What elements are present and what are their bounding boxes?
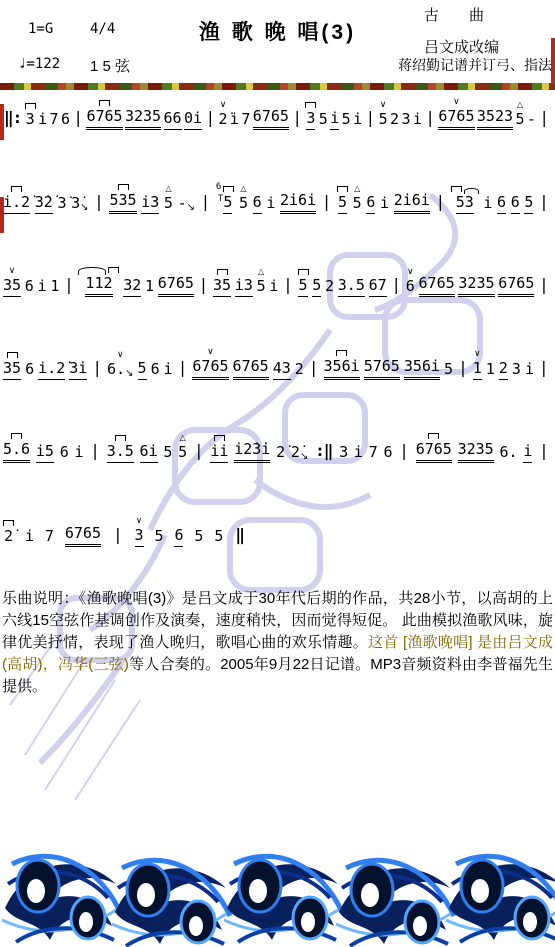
note-digits: 35 bbox=[213, 277, 231, 297]
note-token: 6 bbox=[497, 179, 506, 214]
note-digits: 5 bbox=[223, 194, 232, 214]
ornament-marks: ∨ bbox=[9, 262, 16, 277]
note-digits: i bbox=[523, 443, 532, 463]
repeat-sign: ‖: bbox=[3, 108, 22, 130]
ornament-marks: ∨ bbox=[453, 93, 460, 108]
note-token: 5 bbox=[524, 179, 533, 214]
composer-label: 古 曲 bbox=[424, 4, 524, 25]
note-token: i bbox=[525, 346, 534, 380]
note-token: 2̇i6i bbox=[280, 177, 316, 214]
note-token: 5765 bbox=[364, 343, 400, 380]
down-bow-icon bbox=[336, 350, 347, 356]
barline: | bbox=[112, 525, 124, 547]
note-digits: 6 bbox=[151, 361, 160, 380]
note-token: i bbox=[25, 513, 34, 547]
note-token: 1 bbox=[145, 263, 154, 297]
note-token: 6 bbox=[25, 346, 34, 380]
note-token: 3235 bbox=[458, 426, 494, 463]
note-digits: 5 bbox=[138, 360, 147, 380]
note-token: 356i bbox=[324, 343, 360, 380]
down-bow-icon bbox=[118, 184, 129, 190]
note-digits: 5 bbox=[214, 528, 223, 547]
note-token: 2̇↘ bbox=[291, 429, 308, 463]
note-token: i bbox=[38, 96, 47, 130]
note-digits: 5765 bbox=[364, 358, 400, 380]
note-digits: 6 bbox=[511, 194, 520, 214]
note-token: 6 bbox=[253, 179, 262, 214]
ornament-marks: ∨ bbox=[407, 263, 414, 278]
note-digits: 2 bbox=[499, 360, 508, 380]
note-digits: i2̇3̇i bbox=[234, 441, 270, 463]
note-token: 5 bbox=[214, 513, 223, 547]
note-digits: 6765 bbox=[233, 358, 269, 380]
slide-arrow-icon: ↘ bbox=[125, 368, 133, 380]
ornament-marks bbox=[118, 177, 129, 192]
ornament-marks: ∨ bbox=[220, 96, 227, 111]
music-line-5: 5.6i56i|3.56i5△5|iii2̇3̇i2̇2̇↘:‖3i76|676… bbox=[3, 426, 550, 463]
note-digits: 3 bbox=[135, 527, 144, 547]
note-digits: 5.6 bbox=[3, 441, 30, 463]
note-digits: 3 bbox=[401, 111, 410, 130]
note-digits: 5 bbox=[515, 111, 524, 130]
music-line-6: 2̇i76765|∨35655‖ bbox=[3, 510, 245, 547]
ornament-marks bbox=[337, 179, 348, 194]
note-token: 3 bbox=[25, 96, 36, 130]
note-digits: 67 bbox=[369, 277, 387, 297]
note-digits: 2̇ bbox=[291, 444, 300, 463]
note-token: 1 bbox=[486, 346, 495, 380]
ornament-marks: △ bbox=[165, 180, 171, 195]
ornament-marks bbox=[428, 426, 439, 441]
note-token: 53 bbox=[451, 179, 479, 214]
ornament-marks bbox=[3, 513, 14, 528]
note-digits: 3̇ bbox=[57, 195, 66, 214]
note-digits: 6i bbox=[140, 443, 158, 463]
note-token: △5 bbox=[164, 180, 173, 214]
ornament-marks bbox=[11, 426, 22, 441]
ornament-marks bbox=[298, 262, 309, 277]
ornament-marks bbox=[25, 96, 36, 111]
note-digits: 2̇ bbox=[4, 528, 13, 547]
ornament-marks: △ bbox=[258, 263, 264, 278]
note-token: 6765 bbox=[65, 510, 101, 547]
note-digits: 6765 bbox=[253, 108, 289, 130]
down-bow-icon bbox=[223, 186, 234, 192]
note-digits: 1 bbox=[473, 360, 482, 380]
note-digits: 5 bbox=[524, 194, 533, 214]
note-digits: 66 bbox=[164, 110, 182, 130]
ornament-marks bbox=[336, 343, 347, 358]
note-token: 3 bbox=[512, 346, 521, 380]
note-token: i bbox=[523, 428, 532, 463]
note-token: 2̇ bbox=[276, 429, 285, 463]
note-digits: 53 bbox=[456, 194, 474, 214]
note-token: 6765 bbox=[419, 260, 455, 297]
note-token: 3235 bbox=[125, 93, 161, 130]
barline: | bbox=[93, 192, 105, 214]
note-token: 6765 bbox=[158, 260, 194, 297]
note-digits: 5 bbox=[163, 444, 172, 463]
note-digits: i bbox=[230, 111, 239, 130]
ornament-marks: ∨ bbox=[380, 96, 387, 111]
note-digits: 7 bbox=[50, 111, 59, 130]
note-token: i bbox=[330, 95, 339, 130]
note-token: △5 bbox=[239, 180, 248, 214]
note-token: 5 bbox=[163, 429, 172, 463]
ornament-marks: ∨ bbox=[117, 346, 124, 361]
note-token: 6T5 bbox=[216, 179, 234, 214]
note-digits: i bbox=[25, 528, 34, 547]
tempo-marking: ♩=122 bbox=[18, 56, 60, 72]
note-token: i3 bbox=[235, 262, 253, 297]
note-digits: 3.5 bbox=[107, 443, 134, 463]
note-token: 7 bbox=[50, 96, 59, 130]
note-token: 7 bbox=[45, 513, 54, 547]
note-token: i5 bbox=[36, 428, 54, 463]
note-token: 2̇ bbox=[3, 513, 14, 547]
note-digits: 6 bbox=[406, 278, 415, 297]
note-token: i.2̇ bbox=[38, 345, 65, 380]
note-digits: 6 bbox=[497, 194, 506, 214]
note-token: ∨5 bbox=[379, 96, 388, 130]
note-digits: 2 bbox=[325, 278, 334, 297]
note-digits: 6 bbox=[366, 194, 375, 214]
note-digits: 3523 bbox=[477, 108, 513, 130]
note-token: ∨6.↘ bbox=[107, 346, 133, 380]
note-digits: 3 bbox=[26, 111, 35, 130]
note-digits: 5 bbox=[312, 277, 321, 297]
note-token: 6i bbox=[140, 428, 158, 463]
note-token: ∨35 bbox=[3, 262, 21, 297]
note-digits: i bbox=[269, 278, 278, 297]
note-digits: - bbox=[178, 195, 187, 214]
note-digits: i3 bbox=[235, 277, 253, 297]
note-digits: 0i bbox=[184, 110, 202, 130]
note-token: 5 bbox=[444, 346, 453, 380]
ornament-marks bbox=[7, 345, 18, 360]
note-token: 5 bbox=[319, 96, 328, 130]
note-token: 6 bbox=[25, 263, 34, 297]
note-token: 6 bbox=[511, 179, 520, 214]
note-digits: 5 bbox=[353, 195, 362, 214]
down-bow-icon bbox=[428, 433, 439, 439]
note-digits: 535 bbox=[109, 192, 136, 214]
note-token: i.2̇ bbox=[3, 179, 30, 214]
note-digits: 6765 bbox=[498, 275, 534, 297]
note-token: 5 bbox=[154, 513, 163, 547]
arranger-label: 吕文成改编 bbox=[424, 36, 534, 57]
barline: | bbox=[198, 275, 210, 297]
note-digits: - bbox=[527, 111, 536, 130]
note-token: 3.5 bbox=[338, 262, 365, 297]
ornament-marks: ∨ bbox=[207, 343, 214, 358]
note-token: i bbox=[269, 263, 278, 297]
red-edge-mark-right bbox=[551, 38, 555, 84]
barline: | bbox=[538, 441, 550, 463]
note-token: △5 bbox=[353, 180, 362, 214]
note-digits: 6765 bbox=[86, 108, 122, 130]
note-token: 67 bbox=[369, 262, 387, 297]
repeat-sign: ‖ bbox=[234, 525, 245, 547]
ornament-marks bbox=[11, 179, 22, 194]
note-token: 6765 bbox=[86, 93, 122, 130]
note-token: 6765 bbox=[416, 426, 452, 463]
down-bow-icon bbox=[3, 520, 14, 526]
ornament-marks: △ bbox=[180, 429, 186, 444]
barline: | bbox=[63, 275, 75, 297]
note-digits: 3235 bbox=[125, 108, 161, 130]
note-token: 112 bbox=[78, 260, 119, 297]
note-digits: 6765 bbox=[192, 358, 228, 380]
down-bow-icon bbox=[11, 186, 22, 192]
barline: | bbox=[91, 358, 103, 380]
note-digits: ii bbox=[210, 443, 228, 463]
note-digits: 43 bbox=[273, 360, 291, 380]
note-token: i bbox=[230, 96, 239, 130]
note-digits: 6 bbox=[253, 194, 262, 214]
note-digits: 112 bbox=[85, 275, 112, 297]
barline: | bbox=[538, 275, 550, 297]
note-digits: i.2̇ bbox=[3, 194, 30, 214]
down-bow-icon bbox=[108, 267, 119, 273]
note-digits: 1 bbox=[50, 278, 59, 297]
note-digits: 3̇ bbox=[71, 195, 80, 214]
note-token: ∨6765 bbox=[192, 343, 228, 380]
note-digits: 6 bbox=[384, 444, 393, 463]
note-token: 32 bbox=[123, 262, 141, 297]
note-digits: 35 bbox=[3, 360, 21, 380]
note-token: 5 bbox=[138, 345, 147, 380]
note-digits: 5 bbox=[319, 111, 328, 130]
note-digits: 7 bbox=[241, 111, 250, 130]
ornament-marks bbox=[115, 428, 126, 443]
note-digits: 7 bbox=[369, 444, 378, 463]
note-digits: i3 bbox=[141, 194, 159, 214]
note-token: i bbox=[483, 180, 492, 214]
note-digits: 2̇i6i bbox=[394, 192, 430, 214]
barline: | bbox=[434, 192, 446, 214]
barline: | bbox=[308, 358, 320, 380]
note-digits: 5 bbox=[338, 194, 347, 214]
note-token: 6 bbox=[366, 179, 375, 214]
note-token: 6 bbox=[60, 429, 69, 463]
note-digits: 6 bbox=[61, 111, 70, 130]
slide-arrow-icon: ↘ bbox=[80, 202, 88, 214]
note-digits: i bbox=[266, 195, 275, 214]
ornament-marks bbox=[78, 260, 119, 275]
note-token: 35 bbox=[213, 262, 231, 297]
down-bow-icon bbox=[11, 433, 22, 439]
note-digits: 3235 bbox=[458, 275, 494, 297]
down-bow-icon bbox=[298, 269, 309, 275]
note-token: i bbox=[266, 180, 275, 214]
program-notes: 乐曲说明：《渔歌晚唱(3)》是吕文成于30年代后期的作品，共28小节，以高胡的上… bbox=[2, 588, 553, 698]
barline: | bbox=[538, 192, 550, 214]
note-token: ∨1 bbox=[473, 345, 482, 380]
note-digits: 356i bbox=[324, 358, 360, 380]
note-digits: 5 bbox=[298, 277, 307, 297]
note-digits: 6 bbox=[25, 361, 34, 380]
ornament-marks bbox=[217, 262, 228, 277]
note-token: ∨3 bbox=[135, 512, 144, 547]
barline: | bbox=[204, 108, 216, 130]
note-token: 3 bbox=[339, 429, 348, 463]
note-token: 5 bbox=[337, 179, 348, 214]
note-token: ∨6765 bbox=[438, 93, 474, 130]
bottom-ornament-border bbox=[0, 850, 555, 947]
transcriber-credit: 蒋绍勤记谱并订弓、指法 bbox=[330, 55, 552, 75]
note-token: ∨2̇ bbox=[218, 96, 227, 130]
note-token: 66 bbox=[164, 95, 182, 130]
ornament-marks: ∨ bbox=[136, 512, 143, 527]
note-digits: 3 bbox=[306, 110, 315, 130]
note-token: 2 bbox=[499, 345, 508, 380]
down-bow-icon bbox=[25, 103, 36, 109]
note-token: 5 bbox=[342, 96, 351, 130]
note-digits: 2̇ bbox=[276, 444, 285, 463]
note-digits: i bbox=[38, 278, 47, 297]
barline: | bbox=[390, 275, 402, 297]
note-token: i bbox=[38, 263, 47, 297]
repeat-sign: :‖ bbox=[314, 441, 333, 463]
note-digits: 1 bbox=[145, 278, 154, 297]
note-token: 2̇i6i bbox=[394, 177, 430, 214]
down-bow-icon bbox=[305, 102, 316, 108]
barline: | bbox=[365, 108, 377, 130]
slide-arrow-icon: ↘ bbox=[187, 202, 195, 214]
note-digits: 5 bbox=[239, 195, 248, 214]
note-digits: 6765 bbox=[416, 441, 452, 463]
note-digits: 2̇ bbox=[218, 111, 227, 130]
watermark bbox=[0, 0, 555, 947]
note-token: 6 bbox=[384, 429, 393, 463]
note-token: i bbox=[380, 180, 389, 214]
note-token: 5.6 bbox=[3, 426, 30, 463]
note-digits: 7 bbox=[45, 528, 54, 547]
note-token: 6 bbox=[151, 346, 160, 380]
note-digits: 32 bbox=[123, 277, 141, 297]
note-digits: i bbox=[354, 444, 363, 463]
slide-arrow-icon: ↘ bbox=[300, 451, 308, 463]
note-digits: 5 bbox=[164, 195, 173, 214]
note-token: 7 bbox=[369, 429, 378, 463]
note-token: i bbox=[413, 96, 422, 130]
barline: | bbox=[177, 358, 189, 380]
note-digits: i bbox=[353, 111, 362, 130]
note-digits: 5 bbox=[257, 278, 266, 297]
note-digits: 5 bbox=[379, 111, 388, 130]
note-token: i3 bbox=[141, 179, 159, 214]
note-token: 3.5 bbox=[107, 428, 134, 463]
note-token: 2 bbox=[390, 96, 399, 130]
note-digits: 3 bbox=[512, 361, 521, 380]
barline: | bbox=[282, 275, 294, 297]
note-digits: 356i bbox=[404, 358, 440, 380]
music-line-4: 356i.2̇3̇i|∨6.↘56i|∨67656765432|356i5765… bbox=[3, 343, 550, 380]
note-token: i bbox=[354, 429, 363, 463]
note-token: 6765 bbox=[498, 260, 534, 297]
note-token: △5 bbox=[178, 429, 187, 463]
note-token: i bbox=[353, 96, 362, 130]
note-digits: 6 bbox=[60, 444, 69, 463]
ornament-marks: ∨ bbox=[474, 345, 481, 360]
note-token: 43 bbox=[273, 345, 291, 380]
note-token: 3̇↘ bbox=[71, 180, 88, 214]
note-token: 3523 bbox=[477, 93, 513, 130]
note-token: 535 bbox=[109, 177, 136, 214]
note-digits: 6. bbox=[107, 361, 125, 380]
barline: | bbox=[538, 358, 550, 380]
note-token: ∨6 bbox=[406, 263, 415, 297]
note-digits: i bbox=[38, 111, 47, 130]
note-token: 3 bbox=[401, 96, 410, 130]
note-digits: 1 bbox=[486, 361, 495, 380]
ornament-marks bbox=[99, 93, 110, 108]
note-digits: 6765 bbox=[158, 275, 194, 297]
note-token: 6. bbox=[499, 429, 517, 463]
note-digits: i bbox=[413, 111, 422, 130]
note-token: 0i bbox=[184, 95, 202, 130]
ornament-marks: △ bbox=[354, 180, 360, 195]
music-line-3: ∨356i1|1123216765|35i3△5i|5523.567|∨6676… bbox=[3, 260, 550, 297]
barline: | bbox=[193, 441, 205, 463]
barline: | bbox=[200, 192, 212, 214]
note-token: 6 bbox=[61, 96, 70, 130]
note-token: i2̇3̇i bbox=[234, 426, 270, 463]
ornament-marks: 6 bbox=[216, 179, 234, 194]
string-tuning: 1 5 弦 bbox=[90, 55, 130, 76]
music-line-2: i.2̇3̇2̇3̇3̇↘|535i3△5-↘|6T5△56i2̇i6i|5△5… bbox=[3, 177, 550, 214]
note-token: △5 bbox=[515, 96, 524, 130]
note-digits: 35 bbox=[3, 277, 21, 297]
note-digits: 2̇i6i bbox=[280, 192, 316, 214]
barline: | bbox=[398, 441, 410, 463]
note-digits: i bbox=[164, 361, 173, 380]
music-line-1: ‖:3i76|67653235660i|∨2̇i76765|35i5i|∨523… bbox=[3, 93, 550, 130]
note-digits: 6765 bbox=[65, 525, 101, 547]
note-token: 3̇ bbox=[57, 180, 66, 214]
note-token: 2 bbox=[325, 263, 334, 297]
note-token: 5 bbox=[194, 513, 203, 547]
down-bow-icon bbox=[217, 269, 228, 275]
note-token: 6765 bbox=[233, 343, 269, 380]
note-digits: 5 bbox=[154, 528, 163, 547]
note-token: - bbox=[527, 96, 536, 130]
note-digits: 6765 bbox=[419, 275, 455, 297]
barline: | bbox=[291, 108, 303, 130]
decorative-strip bbox=[0, 83, 555, 90]
ornament-marks bbox=[451, 179, 479, 194]
note-digits: i bbox=[74, 444, 83, 463]
note-token: 7 bbox=[241, 96, 250, 130]
barline: | bbox=[538, 108, 550, 130]
note-digits: i5 bbox=[36, 443, 54, 463]
ornament-marks: △ bbox=[517, 96, 523, 111]
ornament-marks bbox=[214, 428, 225, 443]
note-digits: 5 bbox=[342, 111, 351, 130]
note-digits: 6. bbox=[499, 444, 517, 463]
note-digits: i bbox=[525, 361, 534, 380]
note-token: 1 bbox=[50, 263, 59, 297]
ornament-marks: △ bbox=[240, 180, 246, 195]
note-digits: i bbox=[330, 110, 339, 130]
note-token: 35 bbox=[3, 345, 21, 380]
note-token: 3 bbox=[305, 95, 316, 130]
note-digits: 2 bbox=[390, 111, 399, 130]
note-token: 3̇i bbox=[69, 345, 87, 380]
down-bow-icon bbox=[115, 435, 126, 441]
barline: | bbox=[89, 441, 101, 463]
